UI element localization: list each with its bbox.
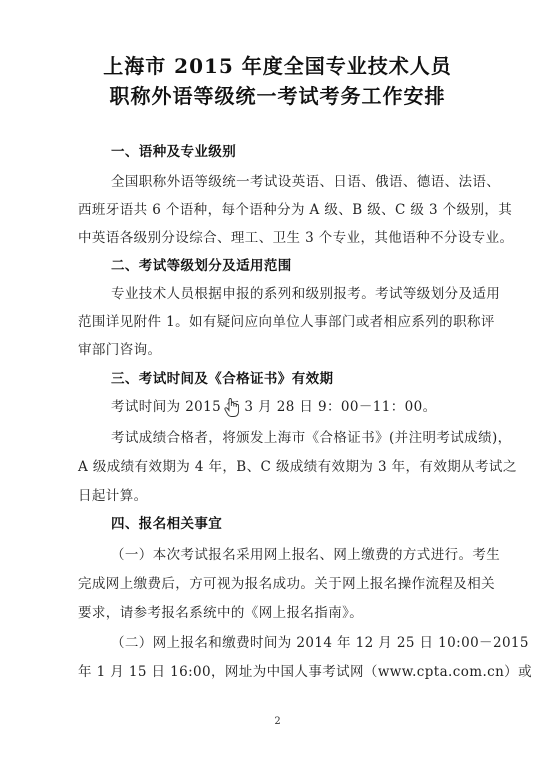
section-4-line-2: 完成网上缴费后，方可视为报名成功。关于网上报名操作流程及相关 [78,572,488,592]
section-1-line-3: 中英语各级别分设综合、理工、卫生 3 个专业，其他语种不分设专业。 [78,226,488,246]
section-2-line-3: 审部门咨询。 [78,338,488,358]
section-1-line-2: 西班牙语共 6 个语种，每个语种分为 A 级、B 级、C 级 3 个级别，其 [78,198,488,218]
section-3-line-1: 考试时间为 2015 年 3 月 28 日 9：00－11：00。 [111,395,488,415]
section-4-line-5: 年 1 月 15 日 16:00，网址为中国人事考试网（www.cpta.com… [78,660,488,680]
document-page: 上海市 2015 年度全国专业技术人员 职称外语等级统一考试考务工作安排 一、语… [0,0,555,757]
document-title-line-1: 上海市 2015 年度全国专业技术人员 [0,50,555,79]
section-3-line-2: 考试成绩合格者，将颁发上海市《合格证书》(并注明考试成绩)， [111,426,488,446]
section-1-heading: 一、语种及专业级别 [111,140,488,160]
section-4-line-4: （二）网上报名和缴费时间为 2014 年 12 月 25 日 10:00－201… [111,631,488,651]
hand-cursor-icon [224,398,240,418]
section-3-heading: 三、考试时间及《合格证书》有效期 [111,367,488,387]
section-2-line-1: 专业技术人员根据申报的系列和级别报考。考试等级划分及适用 [111,282,488,302]
section-4-line-3: 要求，请参考报名系统中的《网上报名指南》。 [78,601,488,621]
section-3-line-4: 日起计算。 [78,484,488,504]
section-4-line-1: （一）本次考试报名采用网上报名、网上缴费的方式进行。考生 [111,543,488,563]
page-number: 2 [0,716,555,727]
section-2-heading: 二、考试等级划分及适用范围 [111,254,488,274]
document-title-line-2: 职称外语等级统一考试考务工作安排 [0,80,555,109]
section-1-line-1: 全国职称外语等级统一考试设英语、日语、俄语、德语、法语、 [111,170,488,190]
section-2-line-2: 范围详见附件 1。如有疑问应向单位人事部门或者相应系列的职称评 [78,310,488,330]
section-3-line-3: A 级成绩有效期为 4 年，B、C 级成绩有效期为 3 年，有效期从考试之 [78,455,488,475]
section-4-heading: 四、报名相关事宜 [111,512,488,532]
